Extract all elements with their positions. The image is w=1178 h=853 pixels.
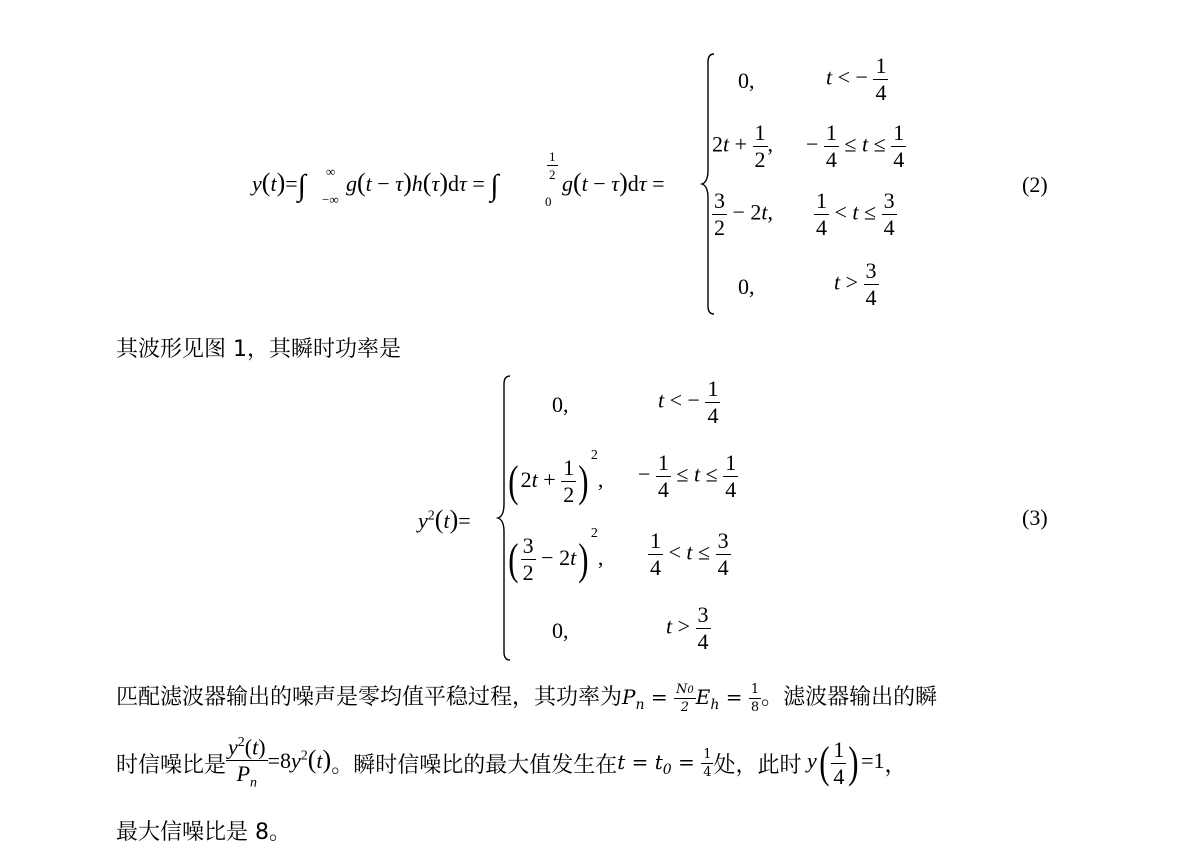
- equation-number-3: (3): [1022, 505, 1048, 531]
- comma-text: ，: [884, 753, 906, 778]
- pn-formula: Pn = N02Eh = 18: [622, 685, 761, 709]
- equation-2-lhs: y(t)=∫: [252, 168, 306, 203]
- t0-formula: t = t0 = 14: [617, 750, 713, 774]
- eq2-case-4-condition: t > 34: [834, 260, 879, 309]
- snr-text: 时信噪比是: [116, 753, 226, 778]
- eq3-case-3-condition: 14 < t ≤ 34: [648, 530, 731, 579]
- eq2-case-3-condition: 14 < t ≤ 34: [814, 190, 897, 239]
- paragraph-noise-line-2: 时信噪比是y2(t)Pn=8y2(t)。瞬时信噪比的最大值发生在t = t0 =…: [116, 736, 907, 791]
- snr-formula: y2(t)Pn=8y2(t): [226, 748, 331, 773]
- eq3-case-1-value: 0,: [552, 392, 569, 418]
- paragraph-waveform-text: 其波形见图 1，其瞬时功率是: [116, 332, 401, 363]
- eq2-case-4-value: 0,: [738, 274, 755, 300]
- eq2-case-3-value: 32 − 2t,: [712, 190, 773, 239]
- paragraph-noise-line-3: 最大信噪比是 8。: [116, 815, 291, 846]
- eq2-case-1-value: 0,: [738, 68, 755, 94]
- eq2-case-2-value: 2t + 12,: [712, 122, 773, 171]
- eq3-case-1-condition: t < − 14: [658, 378, 720, 427]
- eq3-case-2-value: (2t + 12)2,: [506, 448, 603, 506]
- integral-1-upper: ∞: [326, 164, 335, 180]
- integral-2-lower: 0: [545, 194, 552, 210]
- at-this-time-text: 处，此时: [713, 753, 801, 778]
- eq3-case-3-value: (32 − 2t)2,: [506, 526, 603, 584]
- snr-max-text: 。瞬时信噪比的最大值发生在: [331, 753, 617, 778]
- noise-suffix-text: 。滤波器输出的瞬: [761, 685, 937, 710]
- integral-1-lower: −∞: [322, 192, 339, 208]
- y-quarter-formula: y(14)=1: [801, 748, 884, 773]
- eq3-case-4-condition: t > 34: [666, 604, 711, 653]
- equation-3-lhs: y2(t)=: [418, 505, 471, 535]
- integral-2-integrand: g(t − τ)dτ =: [562, 168, 665, 198]
- eq2-case-1-condition: t < − 14: [826, 55, 888, 104]
- integral-1-integrand: g(t − τ)h(τ)dτ = ∫: [346, 168, 499, 203]
- eq2-case-2-condition: − 14 ≤ t ≤ 14: [806, 122, 906, 171]
- left-brace-icon: [700, 52, 718, 316]
- noise-text: 匹配滤波器输出的噪声是零均值平稳过程，其功率为: [116, 685, 622, 710]
- paragraph-noise-line-1: 匹配滤波器输出的噪声是零均值平稳过程，其功率为Pn = N02Eh = 18。滤…: [116, 680, 937, 714]
- equation-number-2: (2): [1022, 172, 1048, 198]
- left-brace-icon: [496, 374, 514, 662]
- eq3-case-4-value: 0,: [552, 618, 569, 644]
- integral-2-upper: 12: [547, 150, 558, 181]
- eq3-case-2-condition: − 14 ≤ t ≤ 14: [638, 452, 738, 501]
